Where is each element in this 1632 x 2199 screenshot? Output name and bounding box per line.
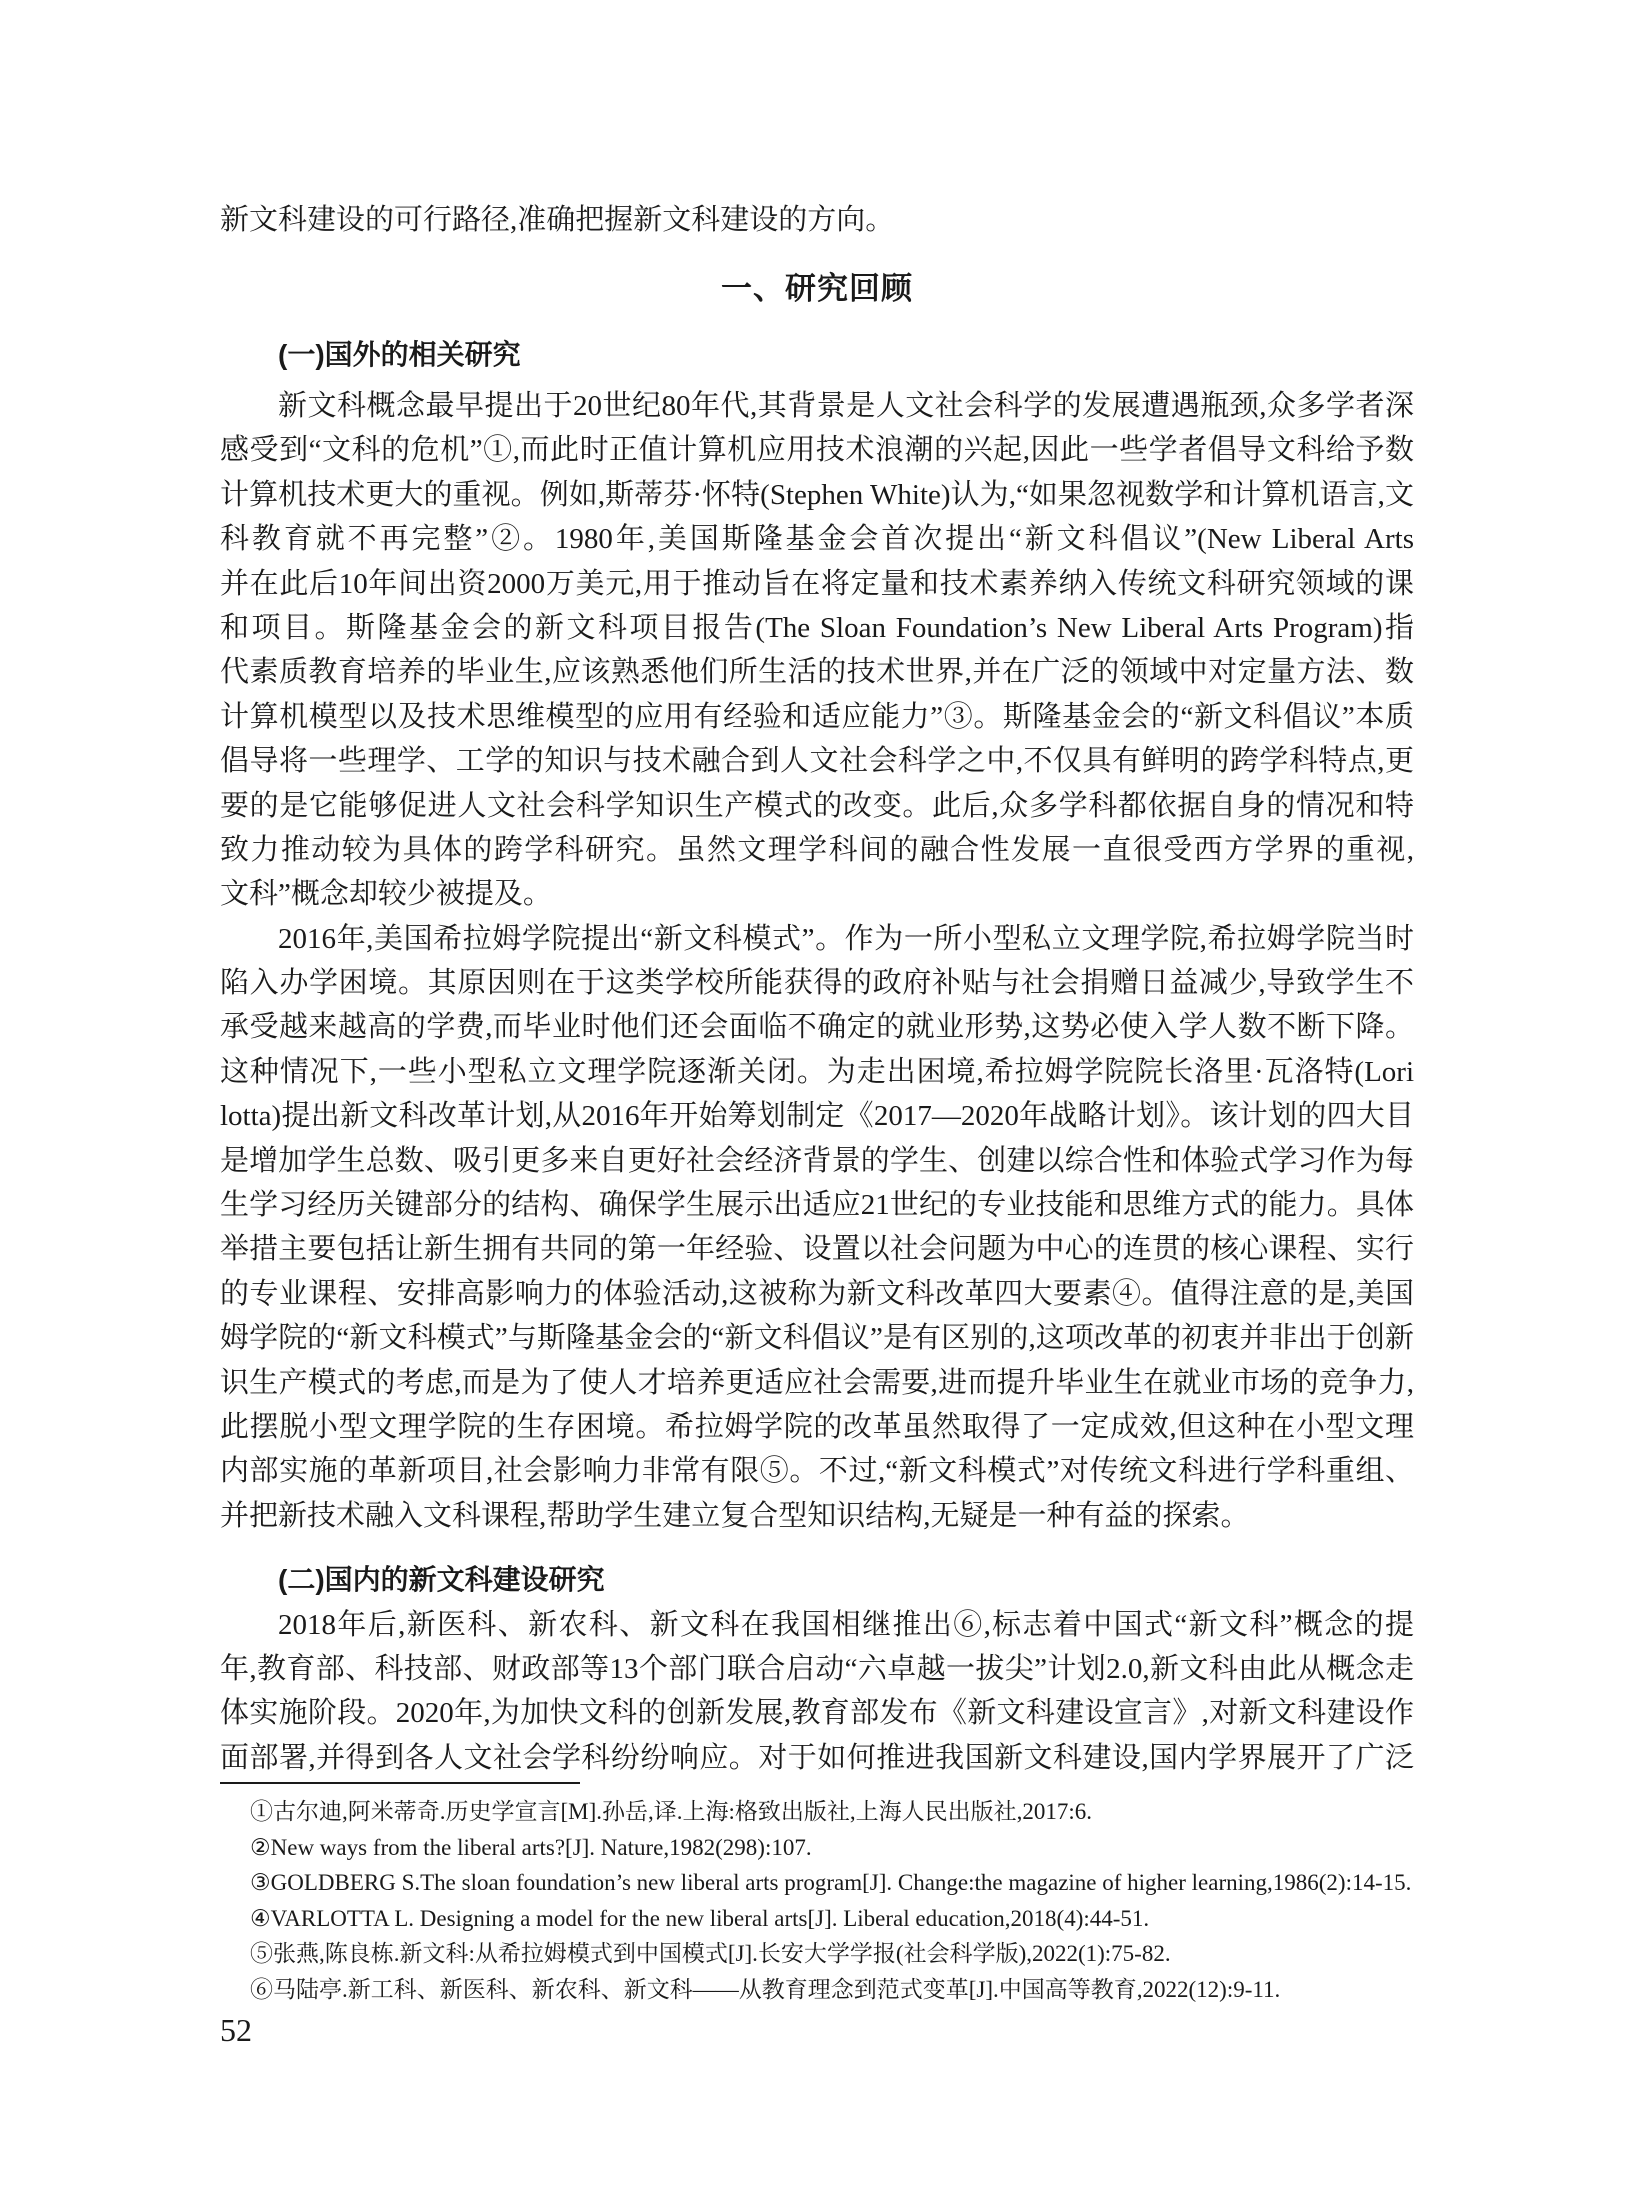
body-line: 此摆脱小型文理学院的生存困境。希拉姆学院的改革虽然取得了一定成效,但这种在小型文… (220, 1405, 1414, 1449)
paper-page: 新文科建设的可行路径,准确把握新文科建设的方向。 一、研究回顾 (一)国外的相关… (0, 0, 1632, 2199)
body-line: 感受到“文科的危机”①,而此时正值计算机应用技术浪潮的兴起,因此一些学者倡导文科… (220, 428, 1414, 472)
body-line: 承受越来越高的学费,而毕业时他们还会面临不确定的就业形势,这势必使入学人数不断下… (220, 1005, 1414, 1049)
subsection-heading-2: (二)国内的新文科建设研究 (220, 1558, 1414, 1602)
subsection-heading-1: (一)国外的相关研究 (220, 333, 1414, 377)
body-line: 文科”概念却较少被提及。 (220, 872, 1414, 916)
body-line: 陷入办学困境。其原因则在于这类学校所能获得的政府补贴与社会捐赠日益减少,导致学生… (220, 961, 1414, 1005)
body-text: 新文科概念最早提出于20世纪80年代,其背景是人文社会科学的发展遭遇瓶颈,众多学… (220, 384, 1414, 1780)
body-line: 面部署,并得到各人文社会学科纷纷响应。对于如何推进我国新文科建设,国内学界展开了… (220, 1736, 1414, 1780)
page-number: 52 (220, 2010, 252, 2050)
body-line: 代素质教育培养的毕业生,应该熟悉他们所生活的技术世界,并在广泛的领域中对定量方法… (220, 650, 1414, 694)
body-line: 是增加学生总数、吸引更多来自更好社会经济背景的学生、创建以综合性和体验式学习作为… (220, 1139, 1414, 1183)
body-line: 内部实施的革新项目,社会影响力非常有限⑤。不过,“新文科模式”对传统文科进行学科… (220, 1449, 1414, 1493)
body-line: 倡导将一些理学、工学的知识与技术融合到人文社会科学之中,不仅具有鲜明的跨学科特点… (220, 739, 1414, 783)
body-line: 姆学院的“新文科模式”与斯隆基金会的“新文科倡议”是有区别的,这项改革的初衷并非… (220, 1316, 1414, 1360)
body-line: 计算机技术更大的重视。例如,斯蒂芬·怀特(Stephen White)认为,“如… (220, 473, 1414, 517)
body-line: 2018年后,新医科、新农科、新文科在我国相继推出⑥,标志着中国式“新文科”概念… (220, 1603, 1414, 1647)
body-line: 并把新技术融入文科课程,帮助学生建立复合型知识结构,无疑是一种有益的探索。 (220, 1494, 1414, 1538)
body-line: 并在此后10年间出资2000万美元,用于推动旨在将定量和技术素养纳入传统文科研究… (220, 562, 1414, 606)
footnote: ②New ways from the liberal arts?[J]. Nat… (220, 1830, 1414, 1866)
footnote: ④VARLOTTA L. Designing a model for the n… (220, 1901, 1414, 1937)
intro-line: 新文科建设的可行路径,准确把握新文科建设的方向。 (220, 198, 1414, 242)
footnotes: ①古尔迪,阿米蒂奇.历史学宣言[M].孙岳,译.上海:格致出版社,上海人民出版社… (220, 1794, 1414, 2007)
body-line: 年,教育部、科技部、财政部等13个部门联合启动“六卓越一拔尖”计划2.0,新文科… (220, 1647, 1414, 1691)
body-line: 的专业课程、安排高影响力的体验活动,这被称为新文科改革四大要素④。值得注意的是,… (220, 1272, 1414, 1316)
footnote: ③GOLDBERG S.The sloan foundation’s new l… (220, 1865, 1414, 1901)
footnote: ⑥马陆亭.新工科、新医科、新农科、新文科——从教育理念到范式变革[J].中国高等… (220, 1972, 1414, 2008)
body-line: 识生产模式的考虑,而是为了使人才培养更适应社会需要,进而提升毕业生在就业市场的竞… (220, 1361, 1414, 1405)
body-line: lotta)提出新文科改革计划,从2016年开始筹划制定《2017—2020年战… (220, 1094, 1414, 1138)
body-line: 2016年,美国希拉姆学院提出“新文科模式”。作为一所小型私立文理学院,希拉姆学… (220, 917, 1414, 961)
footnote: ⑤张燕,陈良栋.新文科:从希拉姆模式到中国模式[J].长安大学学报(社会科学版)… (220, 1936, 1414, 1972)
body-line: 生学习经历关键部分的结构、确保学生展示出适应21世纪的专业技能和思维方式的能力。… (220, 1183, 1414, 1227)
section-heading: 一、研究回顾 (220, 266, 1414, 312)
footnote: ①古尔迪,阿米蒂奇.历史学宣言[M].孙岳,译.上海:格致出版社,上海人民出版社… (220, 1794, 1414, 1830)
body-line: 要的是它能够促进人文社会科学知识生产模式的改变。此后,众多学科都依据自身的情况和… (220, 784, 1414, 828)
body-line: 举措主要包括让新生拥有共同的第一年经验、设置以社会问题为中心的连贯的核心课程、实… (220, 1227, 1414, 1271)
body-line: 致力推动较为具体的跨学科研究。虽然文理学科间的融合性发展一直很受西方学界的重视,… (220, 828, 1414, 872)
body-line: 这种情况下,一些小型私立文理学院逐渐关闭。为走出困境,希拉姆学院院长洛里·瓦洛特… (220, 1050, 1414, 1094)
body-line: 新文科概念最早提出于20世纪80年代,其背景是人文社会科学的发展遭遇瓶颈,众多学… (220, 384, 1414, 428)
body-line: 计算机模型以及技术思维模型的应用有经验和适应能力”③。斯隆基金会的“新文科倡议”… (220, 695, 1414, 739)
body-line: 体实施阶段。2020年,为加快文科的创新发展,教育部发布《新文科建设宣言》,对新… (220, 1691, 1414, 1735)
body-line: 科教育就不再完整”②。1980年,美国斯隆基金会首次提出“新文科倡议”(New … (220, 517, 1414, 561)
body-line: 和项目。斯隆基金会的新文科项目报告(The Sloan Foundation’s… (220, 606, 1414, 650)
footnote-divider (220, 1782, 580, 1784)
